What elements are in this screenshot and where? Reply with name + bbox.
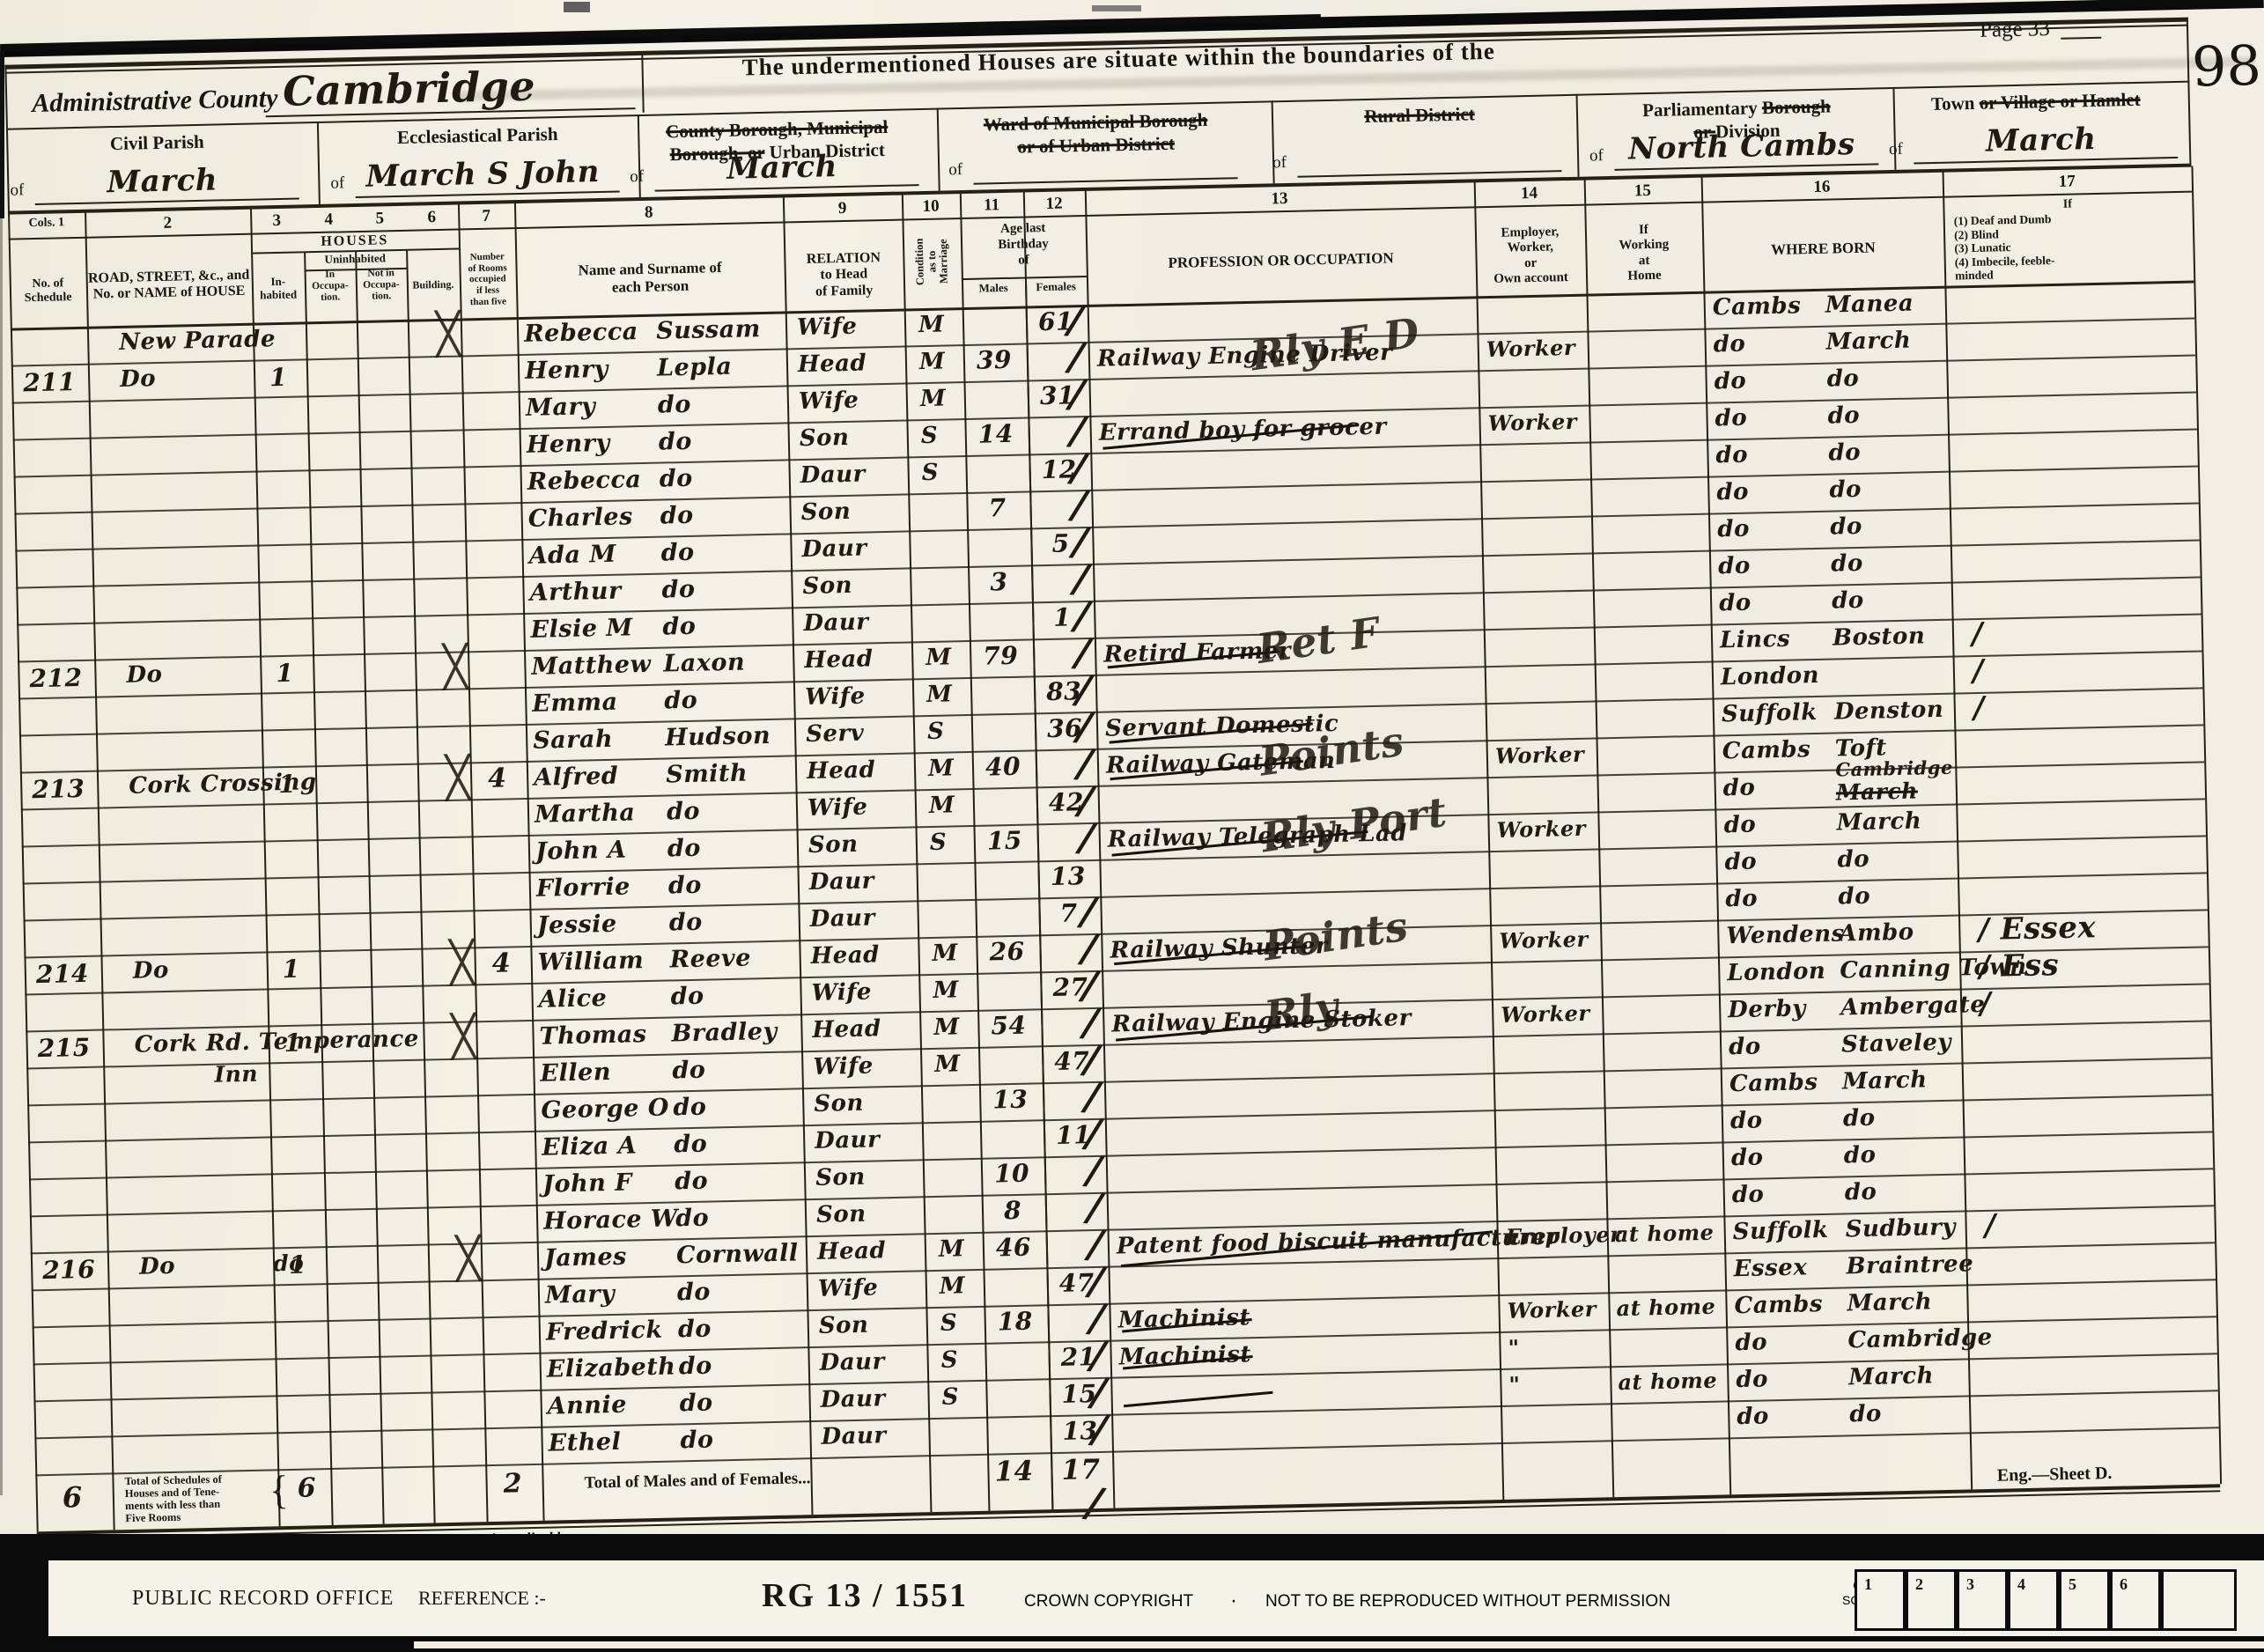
birth-county: Cambs xyxy=(1729,1069,1818,1097)
schedule-number: 214 xyxy=(36,959,90,989)
birth-place: Staveley xyxy=(1841,1029,1951,1058)
age-male: 7 xyxy=(966,492,1029,523)
marital-condition: S xyxy=(940,1309,957,1336)
age-male: 26 xyxy=(976,936,1038,967)
relation-to-head: Wife xyxy=(808,794,868,822)
birth-county: Suffolk xyxy=(1732,1217,1828,1245)
section-label-text: Town xyxy=(1931,92,1980,114)
person-given-name: Henry xyxy=(525,356,608,385)
person-given-name: Emma xyxy=(532,689,618,718)
section-label-text: Civil Parish xyxy=(110,131,204,154)
birth-county: do xyxy=(1722,775,1755,802)
house-address: New Parade xyxy=(119,326,276,356)
person-given-name: Rebecca xyxy=(524,318,638,348)
column-header: PROFESSION OR OCCUPATION xyxy=(1059,247,1501,274)
birth-county: London xyxy=(1727,958,1826,986)
age-male: 40 xyxy=(972,751,1035,782)
person-given-name: Florrie xyxy=(536,873,631,902)
person-surname: do xyxy=(678,1316,712,1344)
birth-place: March xyxy=(1825,328,1911,356)
birth-place: Sudbury xyxy=(1845,1214,1956,1243)
birth-place: do xyxy=(1826,365,1859,393)
separator-dot: · xyxy=(1230,1589,1237,1613)
age-female: 13 xyxy=(1037,861,1098,891)
birth-place: Ambo xyxy=(1839,919,1914,948)
person-surname: do xyxy=(668,909,703,937)
birth-county: do xyxy=(1732,1181,1765,1208)
marital-condition: M xyxy=(929,792,955,819)
marital-condition: M xyxy=(920,385,947,412)
column-header: (1) Deaf and Dumb (2) Blind (3) Lunatic … xyxy=(1954,210,2188,283)
scale-cell-number: 6 xyxy=(2120,1575,2128,1594)
marital-condition: M xyxy=(933,1014,960,1041)
occupation: Railway Engine Stoker xyxy=(1111,1005,1412,1037)
section-of-label: of xyxy=(1589,146,1604,166)
marital-condition: S xyxy=(920,423,938,449)
working-at-home: at home xyxy=(1614,1220,1714,1247)
column-number: 16 xyxy=(1787,177,1857,198)
marital-condition: M xyxy=(940,1272,966,1300)
rooms-count: 4 xyxy=(491,948,511,978)
section-of-label: of xyxy=(10,181,24,200)
person-given-name: Thomas xyxy=(539,1021,647,1051)
birth-place: do xyxy=(1843,1105,1876,1132)
age-male: 15 xyxy=(974,825,1036,856)
person-given-name: Charles xyxy=(527,503,633,533)
admin-county-label: Administrative County xyxy=(32,84,278,119)
person-surname: Smith xyxy=(666,760,749,789)
age-male: 3 xyxy=(968,566,1030,597)
birth-county: do xyxy=(1725,886,1758,913)
birth-county: Derby xyxy=(1728,995,1806,1023)
working-at-home: at home xyxy=(1616,1294,1715,1321)
relation-to-head: Daur xyxy=(820,1385,886,1413)
household-mark: ╳ xyxy=(443,642,468,690)
section-of-label: of xyxy=(1272,153,1287,173)
age-male: 54 xyxy=(977,1010,1040,1041)
relation-to-head: Son xyxy=(802,572,852,600)
household-mark: ╳ xyxy=(449,938,475,986)
relation-to-head: Serv xyxy=(806,720,865,748)
birth-place: Cambridge xyxy=(1835,756,1953,781)
birth-county: Essex xyxy=(1733,1254,1807,1282)
birth-place: March xyxy=(1842,1066,1928,1095)
totals-inhabited-count: 6 xyxy=(297,1472,316,1503)
section-label-text: County Borough, Municipal xyxy=(666,116,889,142)
birth-place: Braintree xyxy=(1846,1250,1973,1280)
archive-copyright: CROWN COPYRIGHT xyxy=(1024,1592,1193,1611)
section-of-label: of xyxy=(330,173,344,193)
section-label-text: Ecclesiastical Parish xyxy=(397,123,558,148)
birth-place: Ambergate xyxy=(1840,992,1986,1021)
age-male: 13 xyxy=(979,1084,1042,1115)
age-group-header: Age last Birthday of xyxy=(961,219,1087,269)
relation-to-head: Head xyxy=(810,941,880,970)
person-surname: do xyxy=(658,391,692,419)
person-given-name: Matthew xyxy=(531,651,652,681)
scale-cell-number: 1 xyxy=(1864,1575,1872,1594)
section-label-text: or Village or Hamlet xyxy=(1979,89,2140,114)
occupation: Patent food biscuit manufacturer xyxy=(1117,1224,1560,1260)
inhabited-mark: 1 xyxy=(282,955,300,984)
relation-to-head: Head xyxy=(804,645,874,674)
rooms-count: 4 xyxy=(488,763,507,793)
age-male: 14 xyxy=(964,419,1027,450)
infirmity-mark: / Essex xyxy=(1978,910,2097,948)
person-given-name: Alfred xyxy=(534,763,619,792)
section-of-label: of xyxy=(1889,140,1903,159)
employer-status: Worker xyxy=(1487,409,1577,436)
birth-county: do xyxy=(1737,1403,1769,1430)
birth-county: do xyxy=(1715,442,1748,469)
person-surname: do xyxy=(679,1390,713,1418)
birth-county: do xyxy=(1730,1107,1763,1134)
person-surname: Lepla xyxy=(657,353,733,382)
relation-to-head: Daur xyxy=(803,608,869,637)
person-given-name: George O xyxy=(541,1095,669,1125)
relation-to-head: Head xyxy=(812,1015,881,1044)
person-surname: do xyxy=(667,835,702,863)
infirmity-mark: / xyxy=(1980,986,1992,1021)
scale-cell: 3 xyxy=(1957,1569,2008,1631)
age-male: 10 xyxy=(981,1158,1044,1189)
age-male: 18 xyxy=(984,1306,1046,1337)
column-number: 7 xyxy=(451,206,521,227)
inhabited-mark: 1 xyxy=(276,659,294,688)
tally-slash: / xyxy=(1078,815,1096,861)
age-male: 79 xyxy=(970,640,1032,671)
person-given-name: Mary xyxy=(545,1280,616,1309)
person-given-name: Horace W xyxy=(543,1205,678,1235)
marital-condition: M xyxy=(934,1051,961,1078)
person-given-name: Jessie xyxy=(536,911,616,940)
birth-place: Manea xyxy=(1825,290,1914,318)
employer-status: " xyxy=(1508,1372,1521,1398)
person-given-name: Elizabeth xyxy=(546,1353,675,1383)
person-given-name: Elsie M xyxy=(530,614,633,644)
section-label-text: Ward of Municipal Borough xyxy=(984,109,1208,136)
person-surname: do xyxy=(678,1353,712,1381)
employer-status: Worker xyxy=(1486,335,1575,362)
person-given-name: William xyxy=(537,947,644,977)
person-surname: Sussam xyxy=(656,315,761,345)
section-label: Town or Village or Hamlet xyxy=(1873,87,2199,116)
marital-condition: S xyxy=(930,830,948,856)
column-number: 12 xyxy=(1019,194,1089,215)
person-surname: do xyxy=(670,983,704,1011)
marital-condition: M xyxy=(918,312,945,339)
admin-county-value: Cambridge xyxy=(283,63,536,115)
scale-cell-number: 5 xyxy=(2069,1575,2076,1594)
inhabited-mark: 1 xyxy=(278,770,297,799)
section-value: March xyxy=(645,147,919,188)
birth-county: do xyxy=(1719,590,1751,617)
archive-office: PUBLIC RECORD OFFICE xyxy=(132,1587,394,1611)
schedule-number: 216 xyxy=(42,1255,96,1285)
employer-status: " xyxy=(1508,1335,1520,1361)
house-address: Do xyxy=(133,957,170,985)
relation-to-head: Daur xyxy=(815,1126,881,1154)
person-given-name: Ethel xyxy=(548,1428,621,1457)
marital-condition: M xyxy=(928,755,955,782)
relation-to-head: Son xyxy=(800,498,851,526)
household-mark: ╳ xyxy=(446,753,471,801)
birth-county: Cambs xyxy=(1734,1291,1823,1319)
person-given-name: Fredrick xyxy=(546,1316,663,1346)
relation-to-head: Daur xyxy=(800,461,866,490)
person-surname: Hudson xyxy=(665,722,771,752)
column-number: 11 xyxy=(956,195,1027,216)
section-label-text: Rural District xyxy=(1364,103,1475,127)
column-number: 15 xyxy=(1607,181,1678,202)
section-value: March xyxy=(26,160,299,202)
birth-place: Cambridge xyxy=(1847,1324,1993,1354)
schedule-number: 215 xyxy=(37,1033,91,1063)
scan-edge-bottom-sliver xyxy=(414,1641,2264,1648)
birth-county: London xyxy=(1721,662,1820,690)
section-value: March S John xyxy=(346,154,620,195)
archive-notice: NOT TO BE REPRODUCED WITHOUT PERMISSION xyxy=(1265,1592,1670,1611)
house-address: Do xyxy=(120,365,157,393)
person-given-name: Martha xyxy=(535,799,636,828)
person-surname: do xyxy=(660,539,695,567)
infirmity-mark: / xyxy=(1984,1208,1996,1243)
totals-rooms-count: 2 xyxy=(503,1468,522,1499)
birth-county: do xyxy=(1716,479,1749,506)
birth-place: Boston xyxy=(1833,623,1926,651)
person-surname: Cornwall xyxy=(676,1239,799,1269)
column-number: 14 xyxy=(1493,183,1564,204)
house-address: Do xyxy=(126,661,163,689)
person-given-name: Annie xyxy=(547,1391,627,1420)
birth-place: March xyxy=(1836,808,1921,836)
relation-to-head: Son xyxy=(808,831,859,859)
birth-place: do xyxy=(1832,587,1864,615)
house-address: Cork Rd. Temperance xyxy=(134,1026,419,1058)
person-given-name: Rebecca xyxy=(527,466,642,496)
employer-status: Worker xyxy=(1495,741,1585,769)
marital-condition: M xyxy=(933,977,959,1004)
person-surname: do xyxy=(680,1427,714,1455)
occupation-strike xyxy=(1124,1391,1273,1408)
birth-county: do xyxy=(1718,553,1751,580)
birth-county: Cambs xyxy=(1722,736,1811,764)
underline xyxy=(974,177,1238,185)
household-mark: ╳ xyxy=(436,309,461,358)
birth-county: do xyxy=(1736,1366,1768,1393)
column-number: 9 xyxy=(807,198,877,219)
scale-cell: 1 xyxy=(1855,1569,1906,1631)
birth-county: do xyxy=(1723,812,1756,839)
column-number: 17 xyxy=(2032,172,2102,193)
person-surname: do xyxy=(674,1131,708,1159)
census-sheet: Administrative County Cambridge The unde… xyxy=(0,0,2264,1561)
birth-place: do xyxy=(1844,1142,1877,1169)
person-surname: do xyxy=(659,465,693,493)
section-of-label: of xyxy=(630,167,644,187)
infirmity-mark: / Ess xyxy=(1979,948,2060,985)
person-surname: do xyxy=(659,428,693,456)
birth-place: do xyxy=(1844,1179,1877,1206)
totals-caption: Total of Males and of Females... xyxy=(584,1469,810,1493)
birth-place: March xyxy=(1848,1362,1934,1390)
section-label: Civil Parish xyxy=(0,129,321,158)
person-given-name: Sarah xyxy=(533,726,613,755)
relation-to-head: Head xyxy=(817,1237,887,1265)
marital-condition: M xyxy=(939,1235,965,1263)
person-given-name: Ellen xyxy=(540,1058,611,1088)
household-mark: ╳ xyxy=(451,1012,476,1060)
column-number: Cols. 1 xyxy=(11,216,82,232)
piece-number-stamp: 98 xyxy=(2191,33,2261,100)
birth-place: do xyxy=(1831,550,1863,578)
marital-condition: M xyxy=(926,681,953,708)
relation-to-head: Wife xyxy=(811,978,872,1006)
inhabited-mark: 1 xyxy=(269,363,288,392)
relation-to-head: Wife xyxy=(813,1052,874,1080)
column-line xyxy=(641,53,644,113)
birth-county: do xyxy=(1724,849,1757,876)
person-given-name: Henry xyxy=(527,430,610,459)
relation-to-head: Daur xyxy=(819,1348,885,1376)
relation-to-head: Wife xyxy=(799,387,859,415)
relation-to-head: Daur xyxy=(801,535,867,563)
census-scan-screenshot: { "page": { "page_label": "Page 33", "st… xyxy=(0,0,2264,1652)
section-value: North Cambs xyxy=(1604,126,1878,167)
relation-to-head: Son xyxy=(800,424,850,452)
person-surname: do xyxy=(664,687,698,715)
birth-county: do xyxy=(1731,1144,1764,1171)
section-label: Ecclesiastical Parish xyxy=(314,122,640,151)
person-given-name: John F xyxy=(542,1169,632,1198)
birth-county: Cambs xyxy=(1713,292,1802,321)
relation-to-head: Daur xyxy=(809,904,875,933)
totals-schedule-count: 6 xyxy=(62,1480,83,1514)
birth-place: do xyxy=(1828,439,1861,467)
employer-status: Employer xyxy=(1505,1221,1621,1250)
person-surname: do xyxy=(667,798,701,826)
birth-county: Wendens xyxy=(1726,920,1845,949)
birth-place: do xyxy=(1837,846,1869,874)
birth-county: do xyxy=(1714,368,1746,395)
person-given-name: Eliza A xyxy=(542,1132,637,1161)
relation-to-head: Wife xyxy=(805,683,866,711)
column-header: Condition as to Marriage xyxy=(913,209,951,315)
relation-to-head: Wife xyxy=(818,1274,879,1302)
birth-place: do xyxy=(1838,883,1870,911)
birth-county: do xyxy=(1717,516,1750,543)
section-label-text: Parliamentary xyxy=(1642,97,1762,121)
person-surname: do xyxy=(673,1094,707,1122)
relation-to-head: Son xyxy=(815,1164,866,1191)
birth-place: do xyxy=(1849,1401,1882,1428)
section-value: March xyxy=(1904,120,2178,161)
relation-to-head: Son xyxy=(819,1312,869,1339)
section-label-text: Borough xyxy=(1762,95,1831,118)
birth-place: do xyxy=(1827,402,1860,430)
relation-to-head: Wife xyxy=(797,313,858,341)
scale-cell: 2 xyxy=(1906,1569,1957,1631)
schedule-number: 213 xyxy=(32,774,85,804)
underline xyxy=(2061,37,2101,40)
birth-place: do xyxy=(1830,513,1862,541)
employer-status: Worker xyxy=(1496,815,1586,843)
infirmity-mark: / xyxy=(1973,690,1985,726)
column-number: 2 xyxy=(132,213,203,234)
person-surname: do xyxy=(668,872,703,900)
person-given-name: John A xyxy=(535,837,627,866)
archive-reference-value: RG 13 / 1551 xyxy=(762,1576,968,1615)
marital-condition: M xyxy=(919,349,946,376)
totals-brace: { xyxy=(269,1466,289,1513)
age-male: 39 xyxy=(963,345,1026,376)
birth-place: Denston xyxy=(1834,697,1944,726)
occupation: Errand boy for grocer xyxy=(1098,414,1387,446)
person-surname: do xyxy=(660,502,694,530)
birth-county: do xyxy=(1715,405,1747,432)
birth-place: do xyxy=(1829,476,1862,504)
infirmity-mark: / xyxy=(1972,653,1984,689)
totals-males: 14 xyxy=(994,1456,1034,1488)
age-male: 46 xyxy=(983,1232,1045,1263)
marital-condition: S xyxy=(927,719,945,745)
column-number: 8 xyxy=(613,203,683,224)
infirmity-mark: / xyxy=(1972,616,1984,652)
column-header: RELATION to Head of Family xyxy=(757,249,930,301)
marital-condition: S xyxy=(941,1383,959,1410)
person-surname: Reeve xyxy=(669,944,751,973)
person-given-name: Alice xyxy=(538,985,607,1014)
uninhabited-group-header: Uninhabited xyxy=(304,251,406,268)
scale-cell: 5 xyxy=(2059,1569,2110,1631)
relation-to-head: Head xyxy=(798,350,867,378)
person-surname: Bradley xyxy=(671,1018,778,1048)
person-surname: do xyxy=(677,1279,712,1307)
scale-cell-number: 2 xyxy=(1915,1575,1923,1594)
birth-place: March xyxy=(1847,1288,1932,1316)
infirmity-header-if: If xyxy=(2050,197,2085,212)
inhabited-mark: 1 xyxy=(284,1029,302,1058)
employer-status: Worker xyxy=(1507,1296,1597,1324)
birth-county: do xyxy=(1735,1329,1767,1356)
age-male: 8 xyxy=(982,1195,1044,1226)
relation-to-head: Son xyxy=(814,1090,864,1117)
person-surname: do xyxy=(675,1205,710,1233)
scale-cell-number: 4 xyxy=(2017,1575,2025,1594)
section-label: Rural District xyxy=(1257,101,1582,130)
person-surname: do xyxy=(661,576,696,604)
scale-cell: 4 xyxy=(2008,1569,2059,1631)
age-females-header: Females xyxy=(1025,279,1087,295)
marital-condition: M xyxy=(926,644,952,671)
person-surname: do xyxy=(675,1168,709,1196)
marital-condition: M xyxy=(932,940,958,967)
sheet-label: Eng.—Sheet D. xyxy=(1997,1464,2113,1486)
schedule-number: 211 xyxy=(23,367,77,397)
scale-cell: 6 xyxy=(2110,1569,2161,1631)
scale-cell-number: 3 xyxy=(1966,1575,1974,1594)
relation-to-head: Daur xyxy=(821,1422,887,1450)
totals-label: Total of Schedules of Houses and of Tene… xyxy=(124,1473,223,1524)
person-given-name: Mary xyxy=(526,393,596,422)
schedule-number: 212 xyxy=(29,663,83,693)
section-of-label: of xyxy=(948,160,962,180)
birth-county: Suffolk xyxy=(1722,699,1818,727)
relation-to-head: Son xyxy=(816,1201,867,1228)
person-surname: do xyxy=(662,613,697,641)
birth-place-struck: March xyxy=(1836,778,1919,806)
working-at-home: at home xyxy=(1618,1368,1717,1395)
